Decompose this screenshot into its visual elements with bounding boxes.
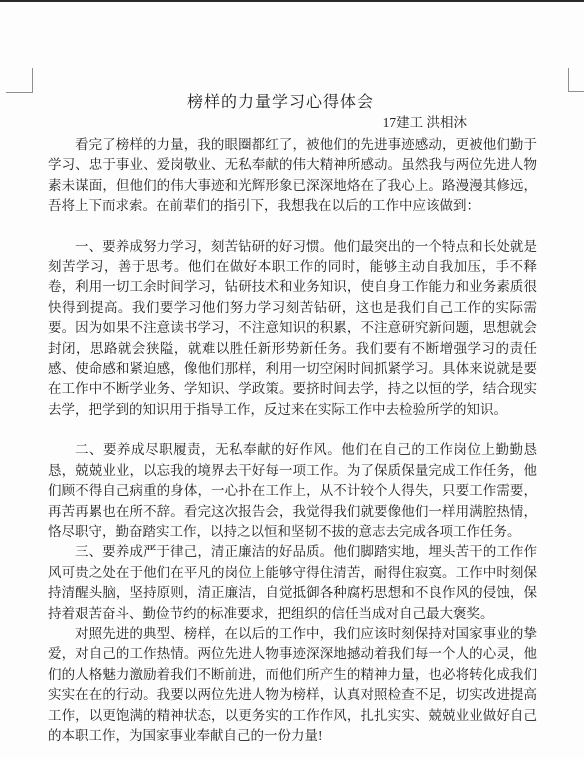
document-paragraph: 看完了榜样的力量，我的眼圈都红了，被他们的先进事迹感动，更被他们勤于学习、忠于事… — [48, 135, 537, 217]
page-corner-mark-left — [6, 68, 33, 93]
document-title: 榜样的力量学习心得体会 — [48, 93, 537, 113]
document-paragraph: 三、要养成严于律己，清正廉洁的好品质。他们脚踏实地，埋头苦干的工作作风可贵之处在… — [48, 542, 537, 624]
page-corner-mark-right — [568, 68, 584, 92]
document-body: 看完了榜样的力量，我的眼圈都红了，被他们的先进事迹感动，更被他们勤于学习、忠于事… — [48, 135, 537, 746]
document-paragraph: 对照先进的典型、榜样，在以后的工作中，我们应该时刻保持对国家事业的挚爱，对自己的… — [48, 624, 537, 746]
document-paragraph: 二、要养成尽职履责，无私奉献的好作风。他们在自己的工作岗位上勤勤恳恳，兢兢业业，… — [48, 440, 537, 542]
document-paragraph: 一、要养成努力学习，刻苦钻研的好习惯。他们最突出的一个特点和长处就是刻苦学习，善… — [48, 237, 537, 421]
document-byline: 17建工 洪相沐 — [48, 113, 537, 133]
document-content: 榜样的力量学习心得体会 17建工 洪相沐 看完了榜样的力量，我的眼圈都红了，被他… — [48, 0, 537, 746]
document-page: 榜样的力量学习心得体会 17建工 洪相沐 看完了榜样的力量，我的眼圈都红了，被他… — [0, 0, 584, 759]
